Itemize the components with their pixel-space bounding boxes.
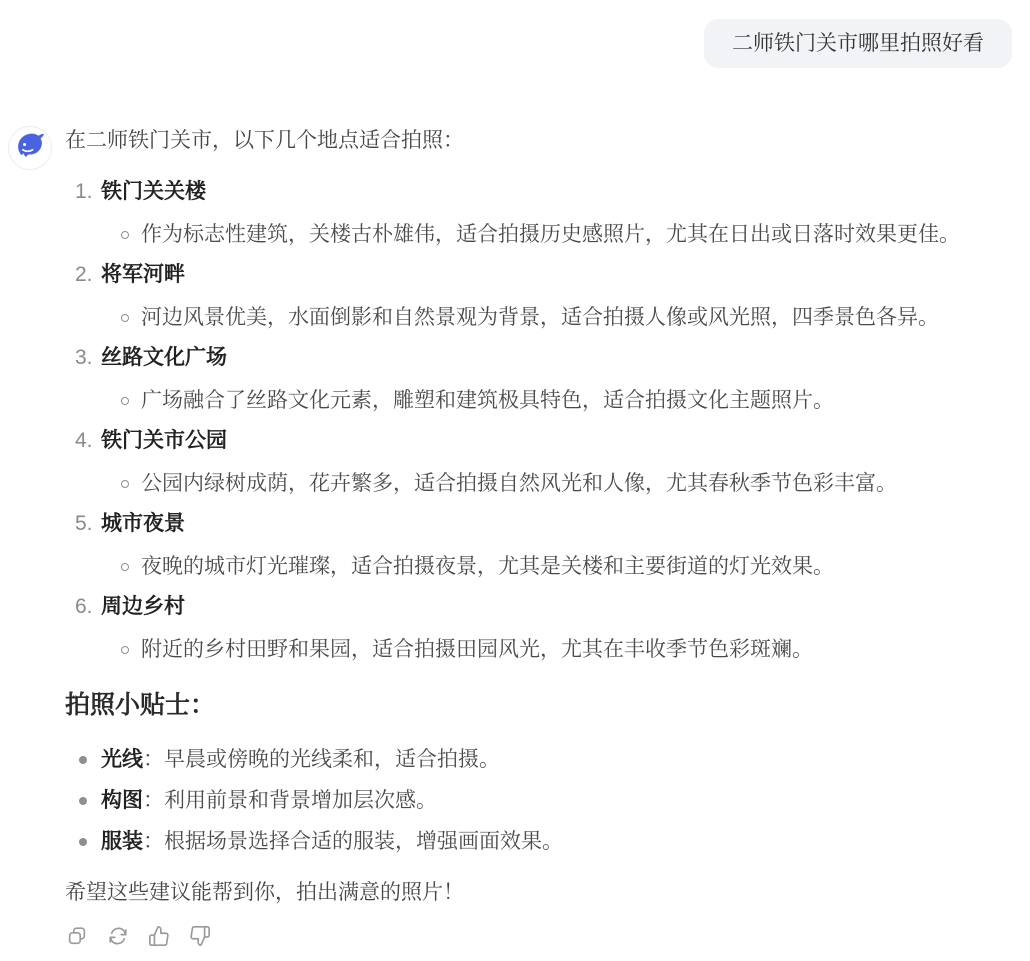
tip-label: 构图	[101, 789, 143, 812]
tip-label: 光线	[101, 748, 143, 771]
thumbs-up-button[interactable]	[147, 925, 171, 949]
list-number: 6.	[75, 592, 101, 622]
location-title: 将军河畔	[101, 260, 185, 290]
location-title: 铁门关关楼	[101, 177, 206, 207]
user-message-bubble: 二师铁门关市哪里拍照好看	[704, 19, 1012, 68]
regenerate-button[interactable]	[106, 925, 130, 949]
user-message-row: 二师铁门关市哪里拍照好看	[0, 0, 1030, 68]
location-description: 作为标志性建筑，关楼古朴雄伟，适合拍摄历史感照片，尤其在日出或日落时效果更佳。	[141, 220, 960, 250]
dot-bullet-icon	[79, 756, 87, 764]
list-item: 构图：利用前景和背景增加层次感。	[65, 786, 1000, 816]
assistant-message-content: 在二师铁门关市，以下几个地点适合拍照： 1. 铁门关关楼 作为标志性建筑，关楼古…	[65, 126, 1030, 949]
dot-bullet-icon	[79, 838, 87, 846]
tip-label: 服装	[101, 830, 143, 853]
thumbs-up-icon	[148, 925, 170, 950]
list-item: 服装：根据场景选择合适的服装，增强画面效果。	[65, 827, 1000, 857]
list-item: 1. 铁门关关楼 作为标志性建筑，关楼古朴雄伟，适合拍摄历史感照片，尤其在日出或…	[65, 177, 1000, 250]
location-title: 城市夜景	[101, 509, 185, 539]
location-title: 丝路文化广场	[101, 343, 227, 373]
tips-heading: 拍照小贴士：	[65, 689, 1000, 721]
tip-text: 光线：早晨或傍晚的光线柔和，适合拍摄。	[101, 745, 500, 775]
regenerate-icon	[107, 925, 129, 950]
assistant-message-row: 在二师铁门关市，以下几个地点适合拍照： 1. 铁门关关楼 作为标志性建筑，关楼古…	[0, 126, 1030, 949]
location-title: 铁门关市公园	[101, 426, 227, 456]
list-item: 4. 铁门关市公园 公园内绿树成荫，花卉繁多，适合拍摄自然风光和人像，尤其春秋季…	[65, 426, 1000, 499]
tips-list: 光线：早晨或傍晚的光线柔和，适合拍摄。 构图：利用前景和背景增加层次感。 服装：…	[65, 745, 1000, 857]
copy-icon	[66, 925, 88, 950]
location-list: 1. 铁门关关楼 作为标志性建筑，关楼古朴雄伟，适合拍摄历史感照片，尤其在日出或…	[65, 177, 1000, 665]
location-description: 附近的乡村田野和果园，适合拍摄田园风光，尤其在丰收季节色彩斑斓。	[141, 635, 813, 665]
location-description: 夜晚的城市灯光璀璨，适合拍摄夜景，尤其是关楼和主要街道的灯光效果。	[141, 552, 834, 582]
avatar	[8, 126, 52, 170]
list-number: 5.	[75, 509, 101, 539]
deepseek-whale-icon	[14, 130, 46, 167]
message-actions	[65, 925, 1000, 949]
list-number: 3.	[75, 343, 101, 373]
dot-bullet-icon	[79, 797, 87, 805]
thumbs-down-button[interactable]	[188, 925, 212, 949]
tip-text: 构图：利用前景和背景增加层次感。	[101, 786, 437, 816]
list-item: 5. 城市夜景 夜晚的城市灯光璀璨，适合拍摄夜景，尤其是关楼和主要街道的灯光效果…	[65, 509, 1000, 582]
list-item: 3. 丝路文化广场 广场融合了丝路文化元素，雕塑和建筑极具特色，适合拍摄文化主题…	[65, 343, 1000, 416]
thumbs-down-icon	[189, 925, 211, 950]
circle-bullet-icon	[121, 397, 129, 405]
list-number: 4.	[75, 426, 101, 456]
location-description: 公园内绿树成荫，花卉繁多，适合拍摄自然风光和人像，尤其春秋季节色彩丰富。	[141, 469, 897, 499]
location-title: 周边乡村	[101, 592, 185, 622]
closing-text: 希望这些建议能帮到你，拍出满意的照片！	[65, 878, 1000, 908]
list-number: 2.	[75, 260, 101, 290]
location-description: 河边风景优美，水面倒影和自然景观为背景，适合拍摄人像或风光照，四季景色各异。	[141, 303, 939, 333]
location-description: 广场融合了丝路文化元素，雕塑和建筑极具特色，适合拍摄文化主题照片。	[141, 386, 834, 416]
circle-bullet-icon	[121, 314, 129, 322]
list-item: 光线：早晨或傍晚的光线柔和，适合拍摄。	[65, 745, 1000, 775]
circle-bullet-icon	[121, 480, 129, 488]
circle-bullet-icon	[121, 563, 129, 571]
list-item: 2. 将军河畔 河边风景优美，水面倒影和自然景观为背景，适合拍摄人像或风光照，四…	[65, 260, 1000, 333]
list-item: 6. 周边乡村 附近的乡村田野和果园，适合拍摄田园风光，尤其在丰收季节色彩斑斓。	[65, 592, 1000, 665]
copy-button[interactable]	[65, 925, 89, 949]
tip-text: 服装：根据场景选择合适的服装，增强画面效果。	[101, 827, 563, 857]
assistant-intro: 在二师铁门关市，以下几个地点适合拍照：	[65, 126, 1000, 156]
circle-bullet-icon	[121, 646, 129, 654]
circle-bullet-icon	[121, 231, 129, 239]
list-number: 1.	[75, 177, 101, 207]
